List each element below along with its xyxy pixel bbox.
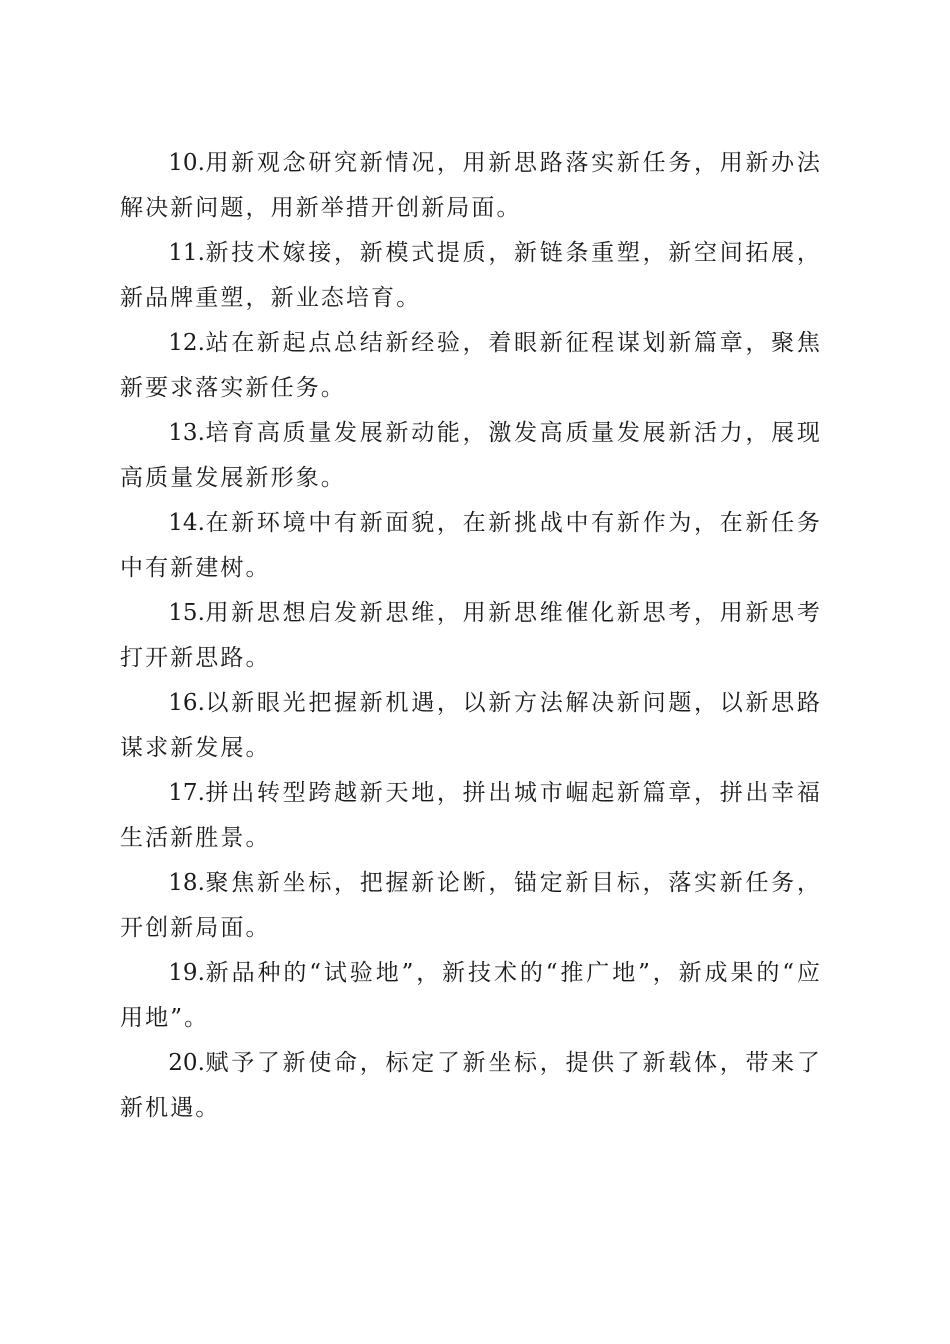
item-number: 14.: [168, 510, 205, 536]
item-number: 20.: [168, 1050, 205, 1076]
item-text: 新品种的“试验地”，新技术的“推广地”，新成果的“应用地”。: [120, 960, 822, 1031]
item-number: 19.: [168, 960, 205, 986]
list-item-13: 13.培育高质量发展新动能，激发高质量发展新活力，展现高质量发展新形象。: [120, 411, 822, 501]
document-page: 10.用新观念研究新情况，用新思路落实新任务，用新办法解决新问题，用新举措开创新…: [120, 141, 822, 1131]
item-text: 在新环境中有新面貌，在新挑战中有新作为，在新任务中有新建树。: [120, 510, 822, 581]
item-text: 培育高质量发展新动能，激发高质量发展新活力，展现高质量发展新形象。: [120, 420, 822, 491]
item-number: 17.: [168, 780, 205, 806]
item-text: 新技术嫁接，新模式提质，新链条重塑，新空间拓展，新品牌重塑，新业态培育。: [120, 240, 822, 311]
list-item-14: 14.在新环境中有新面貌，在新挑战中有新作为，在新任务中有新建树。: [120, 501, 822, 591]
list-item-15: 15.用新思想启发新思维，用新思维催化新思考，用新思考打开新思路。: [120, 591, 822, 681]
item-text: 拼出转型跨越新天地，拼出城市崛起新篇章，拼出幸福生活新胜景。: [120, 780, 822, 851]
item-text: 用新观念研究新情况，用新思路落实新任务，用新办法解决新问题，用新举措开创新局面。: [120, 150, 822, 221]
item-number: 11.: [168, 240, 205, 266]
list-item-12: 12.站在新起点总结新经验，着眼新征程谋划新篇章，聚焦新要求落实新任务。: [120, 321, 822, 411]
list-item-11: 11.新技术嫁接，新模式提质，新链条重塑，新空间拓展，新品牌重塑，新业态培育。: [120, 231, 822, 321]
item-text: 站在新起点总结新经验，着眼新征程谋划新篇章，聚焦新要求落实新任务。: [120, 330, 822, 401]
item-number: 18.: [168, 870, 205, 896]
item-text: 赋予了新使命，标定了新坐标，提供了新载体，带来了新机遇。: [120, 1050, 822, 1121]
list-item-17: 17.拼出转型跨越新天地，拼出城市崛起新篇章，拼出幸福生活新胜景。: [120, 771, 822, 861]
list-item-20: 20.赋予了新使命，标定了新坐标，提供了新载体，带来了新机遇。: [120, 1041, 822, 1131]
item-number: 10.: [168, 150, 205, 176]
item-number: 15.: [168, 600, 205, 626]
list-item-16: 16.以新眼光把握新机遇，以新方法解决新问题，以新思路谋求新发展。: [120, 681, 822, 771]
item-text: 用新思想启发新思维，用新思维催化新思考，用新思考打开新思路。: [120, 600, 822, 671]
item-text: 聚焦新坐标，把握新论断，锚定新目标，落实新任务，开创新局面。: [120, 870, 822, 941]
list-item-10: 10.用新观念研究新情况，用新思路落实新任务，用新办法解决新问题，用新举措开创新…: [120, 141, 822, 231]
list-item-19: 19.新品种的“试验地”，新技术的“推广地”，新成果的“应用地”。: [120, 951, 822, 1041]
item-number: 12.: [168, 330, 205, 356]
item-text: 以新眼光把握新机遇，以新方法解决新问题，以新思路谋求新发展。: [120, 690, 822, 761]
item-number: 16.: [168, 690, 205, 716]
item-number: 13.: [168, 420, 205, 446]
list-item-18: 18.聚焦新坐标，把握新论断，锚定新目标，落实新任务，开创新局面。: [120, 861, 822, 951]
